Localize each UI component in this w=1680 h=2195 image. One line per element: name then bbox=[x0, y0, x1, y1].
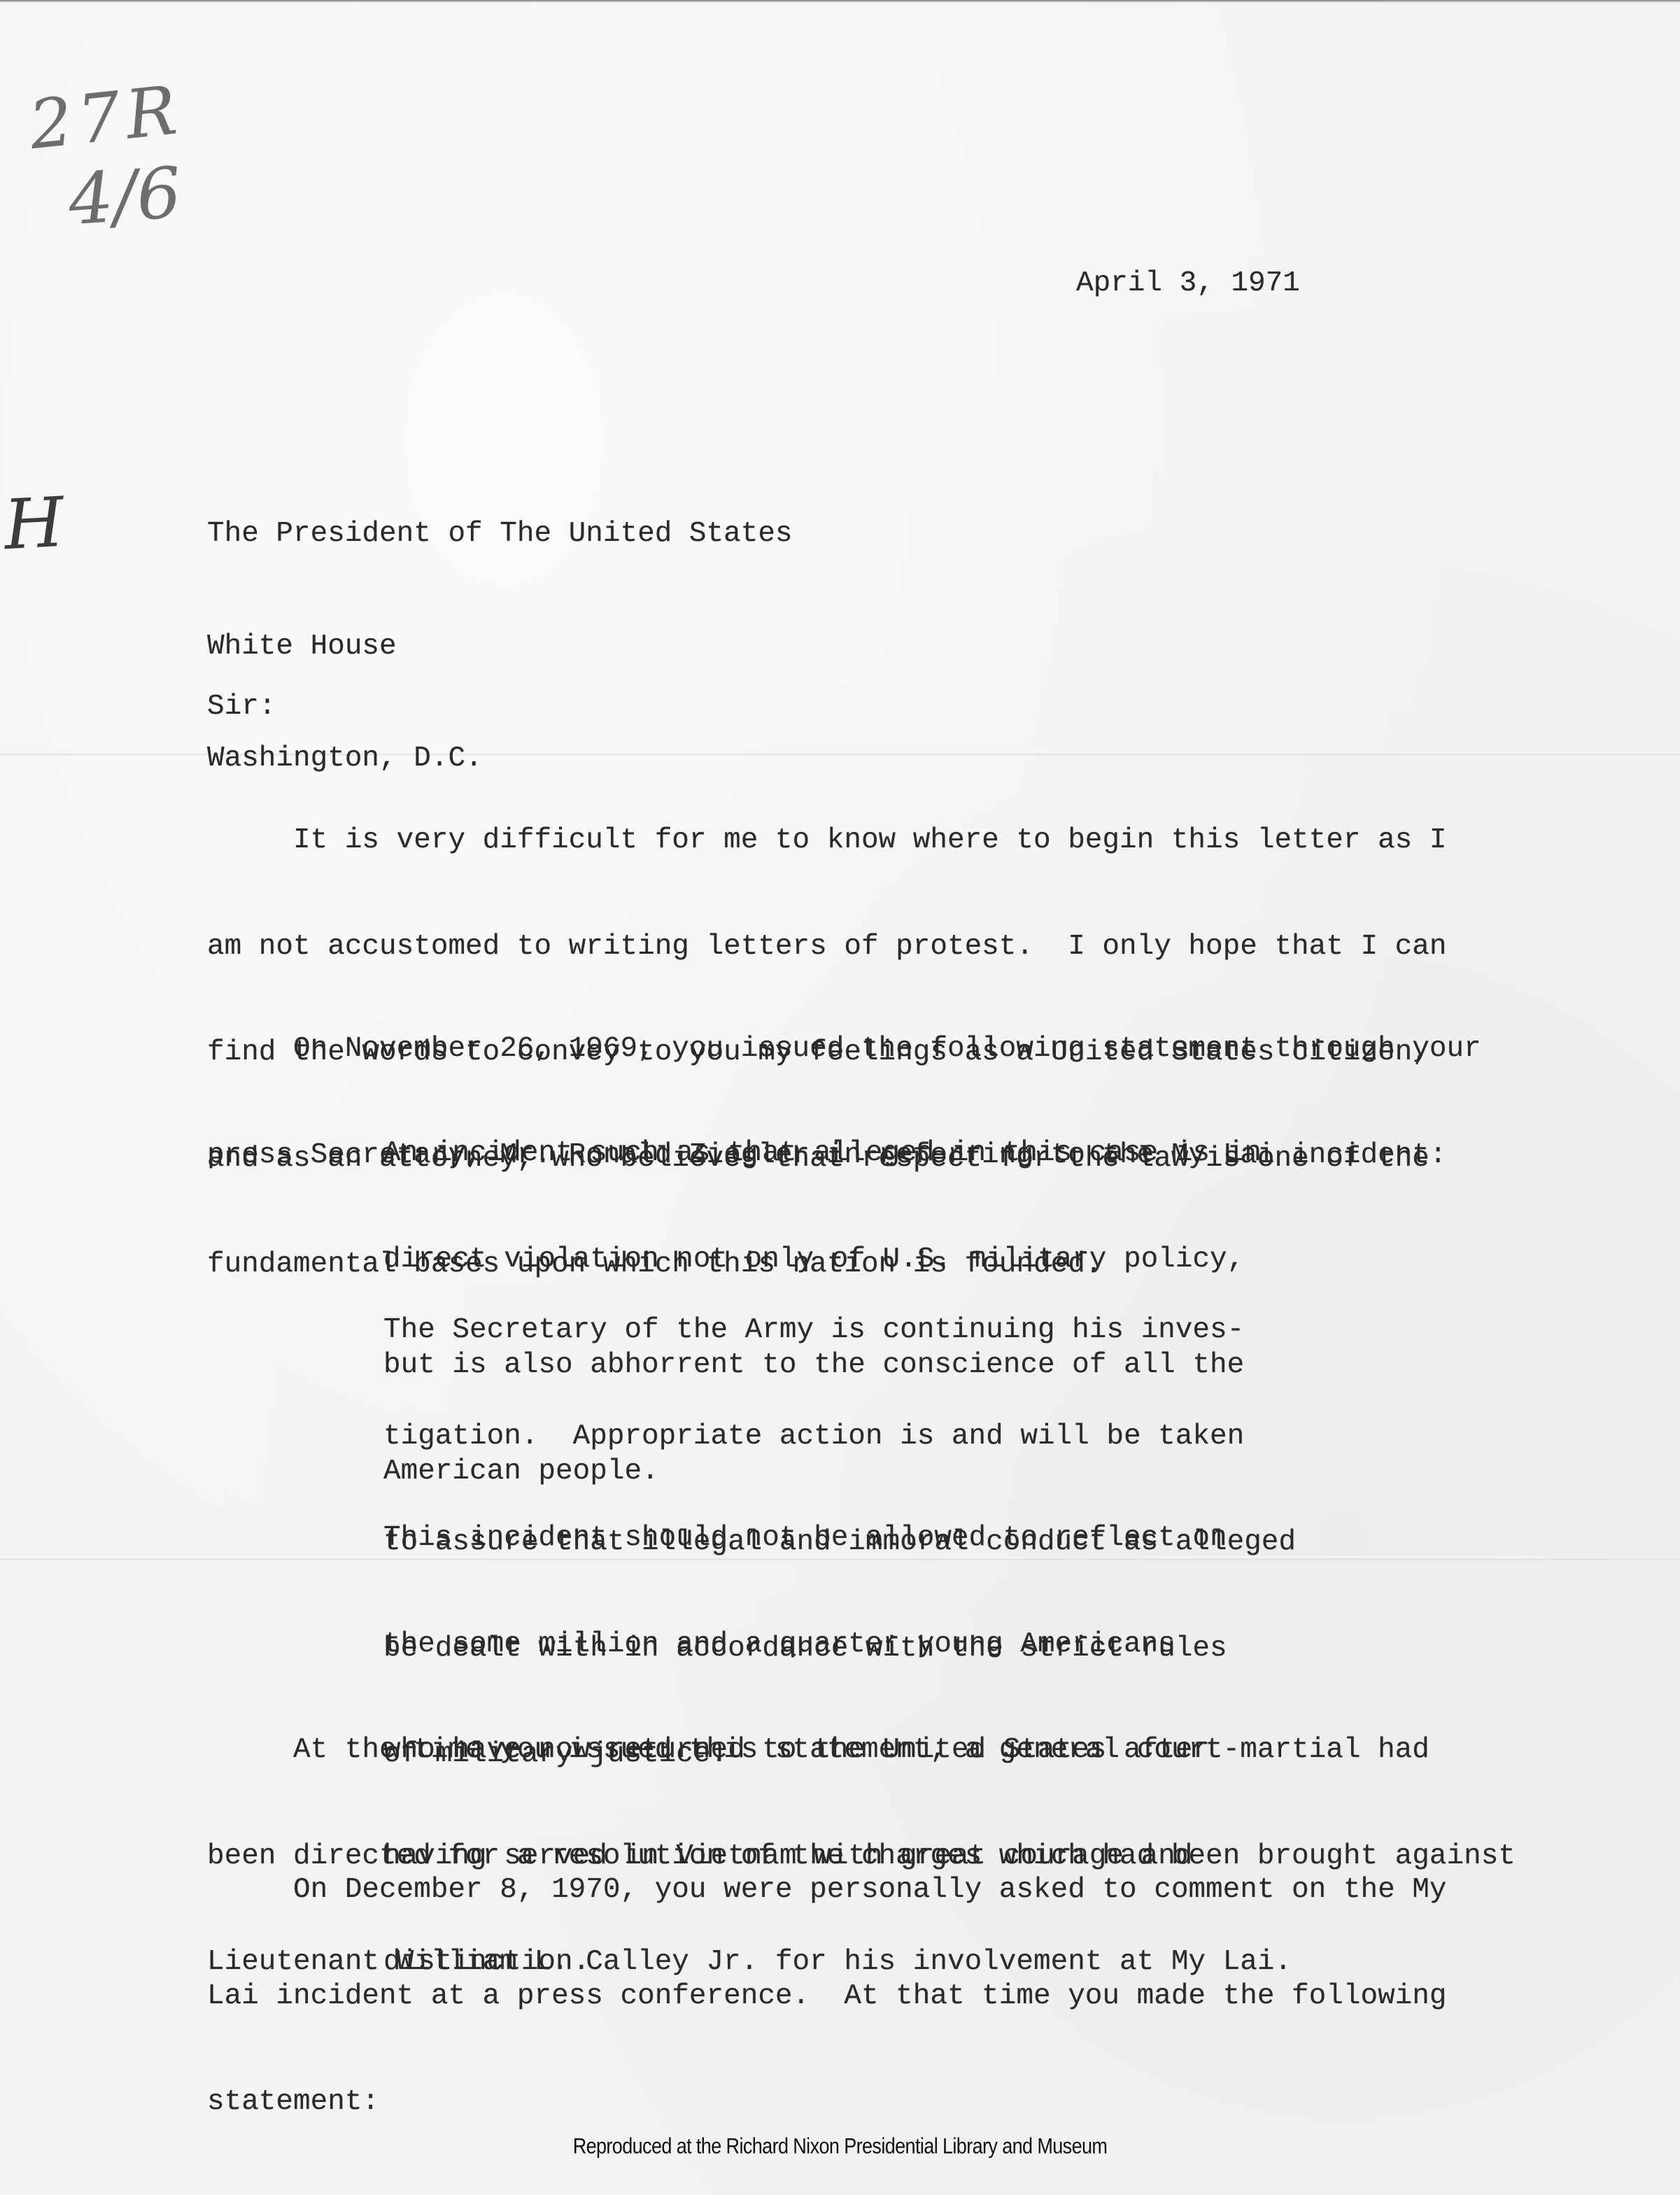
quote-line: the some million and a quarter young Ame… bbox=[383, 1627, 1227, 1663]
paragraph-december-statement: On December 8, 1970, you were personally… bbox=[207, 1802, 1447, 2155]
handwritten-file-code: 27R bbox=[26, 71, 186, 164]
text-line: At the time you issued this statement, a… bbox=[207, 1732, 1516, 1768]
text-line: On December 8, 1970, you were personally… bbox=[207, 1872, 1447, 1908]
quote-line: tigation. Appropriate action is and will… bbox=[383, 1419, 1296, 1455]
letter-date: April 3, 1971 bbox=[1076, 266, 1300, 302]
page-edge bbox=[0, 0, 1680, 3]
recipient-line: The President of The United States bbox=[207, 516, 793, 553]
archive-footer: Reproduced at the Richard Nixon Presiden… bbox=[0, 2134, 1680, 2159]
recipient-line: White House bbox=[207, 628, 793, 666]
text-line: Lai incident at a press conference. At t… bbox=[207, 1979, 1447, 2014]
handwritten-margin-mark: H bbox=[2, 483, 66, 565]
text-line: On November 26, 1969, you issued the fol… bbox=[207, 1031, 1481, 1067]
text-line: statement: bbox=[207, 2084, 1447, 2120]
text-line: It is very difficult for me to know wher… bbox=[207, 823, 1447, 859]
quote-line: This incident should not be allowed to r… bbox=[383, 1520, 1227, 1556]
text-line: am not accustomed to writing letters of … bbox=[207, 929, 1447, 965]
handwritten-file-date: 4/6 bbox=[66, 152, 184, 241]
quote-line: An incident such as that alleged in this… bbox=[383, 1136, 1262, 1171]
salutation: Sir: bbox=[207, 689, 276, 725]
quote-line: The Secretary of the Army is continuing … bbox=[383, 1313, 1296, 1348]
